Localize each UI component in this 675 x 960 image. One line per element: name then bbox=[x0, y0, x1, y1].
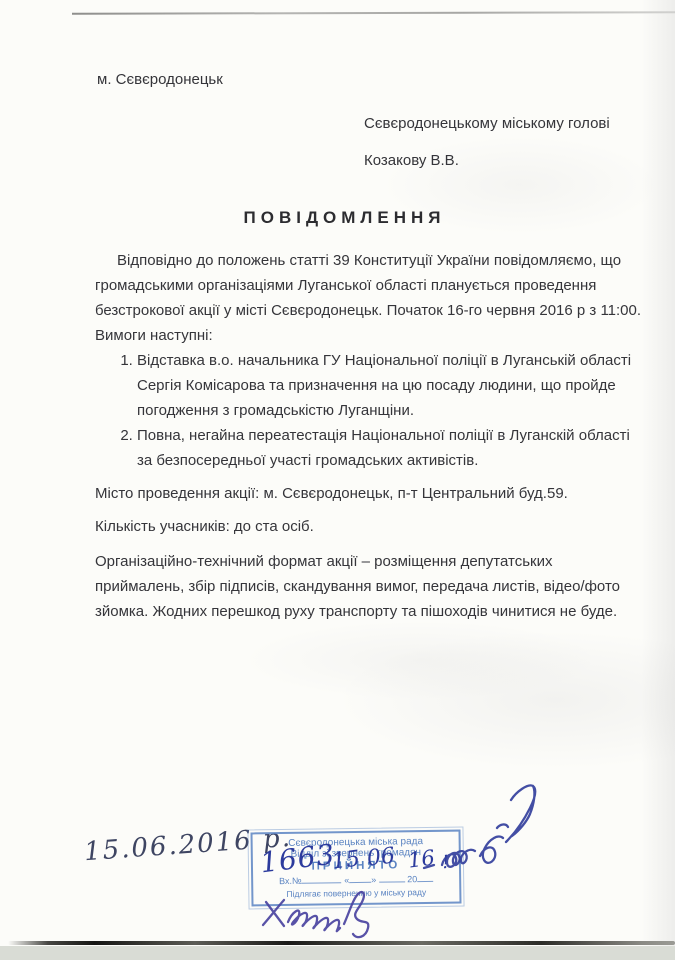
document-title: ПОВІДОМЛЕННЯ bbox=[0, 208, 675, 228]
signature-body-stroke bbox=[288, 911, 340, 932]
recipient-block: Сєвєродонецькому міському голові Козаков… bbox=[364, 113, 610, 172]
stamp-note-line: Підлягає поверненню у міську раду bbox=[253, 887, 459, 900]
acceptance-stamp: Сєвєродонецька міська рада Відділ зі зве… bbox=[250, 830, 461, 907]
stamp-blank-month bbox=[379, 873, 405, 882]
demand-item-1: Відставка в.о. начальника ГУ Національно… bbox=[137, 348, 651, 423]
recipient-name-line: Козакову В.В. bbox=[364, 150, 610, 172]
participants-paragraph: Кількість учасників: до ста осіб. bbox=[95, 514, 651, 539]
stamp-quote-close: » bbox=[371, 875, 376, 885]
stamp-blank-number bbox=[302, 874, 342, 884]
demands-list: Відставка в.о. начальника ГУ Національно… bbox=[95, 348, 651, 473]
scanned-document-page: м. Сєвєродонецьк Сєвєродонецькому місько… bbox=[0, 0, 675, 960]
scan-edge-bottom bbox=[8, 941, 675, 945]
stamp-fill-line: Вх.№ «» 20 bbox=[253, 873, 459, 888]
intro-paragraph: Відповідно до положень статті 39 Констит… bbox=[95, 248, 651, 323]
document-body: Відповідно до положень статті 39 Констит… bbox=[95, 248, 651, 624]
signature-flourish-stroke bbox=[506, 785, 535, 842]
location-paragraph: Місто проведення акції: м. Сєвєродонецьк… bbox=[95, 481, 651, 506]
signature-b-letter-stroke bbox=[480, 824, 508, 862]
scan-margin-bottom bbox=[0, 946, 675, 960]
stamp-year-prefix: 20 bbox=[407, 874, 417, 884]
scan-edge-top bbox=[72, 11, 675, 15]
stamp-blank-year bbox=[417, 873, 433, 882]
recipient-title-line: Сєвєродонецькому міському голові bbox=[364, 113, 610, 135]
demand-item-2: Повна, негайна переатестація Національно… bbox=[137, 423, 651, 473]
stamp-field-prefix: Вх.№ bbox=[279, 876, 302, 886]
demands-label: Вимоги наступні: bbox=[95, 323, 651, 348]
place-line: м. Сєвєродонецьк bbox=[97, 71, 223, 88]
format-paragraph: Організаційно-технічний формат акції – р… bbox=[95, 549, 651, 624]
stamp-blank-day bbox=[349, 874, 371, 883]
